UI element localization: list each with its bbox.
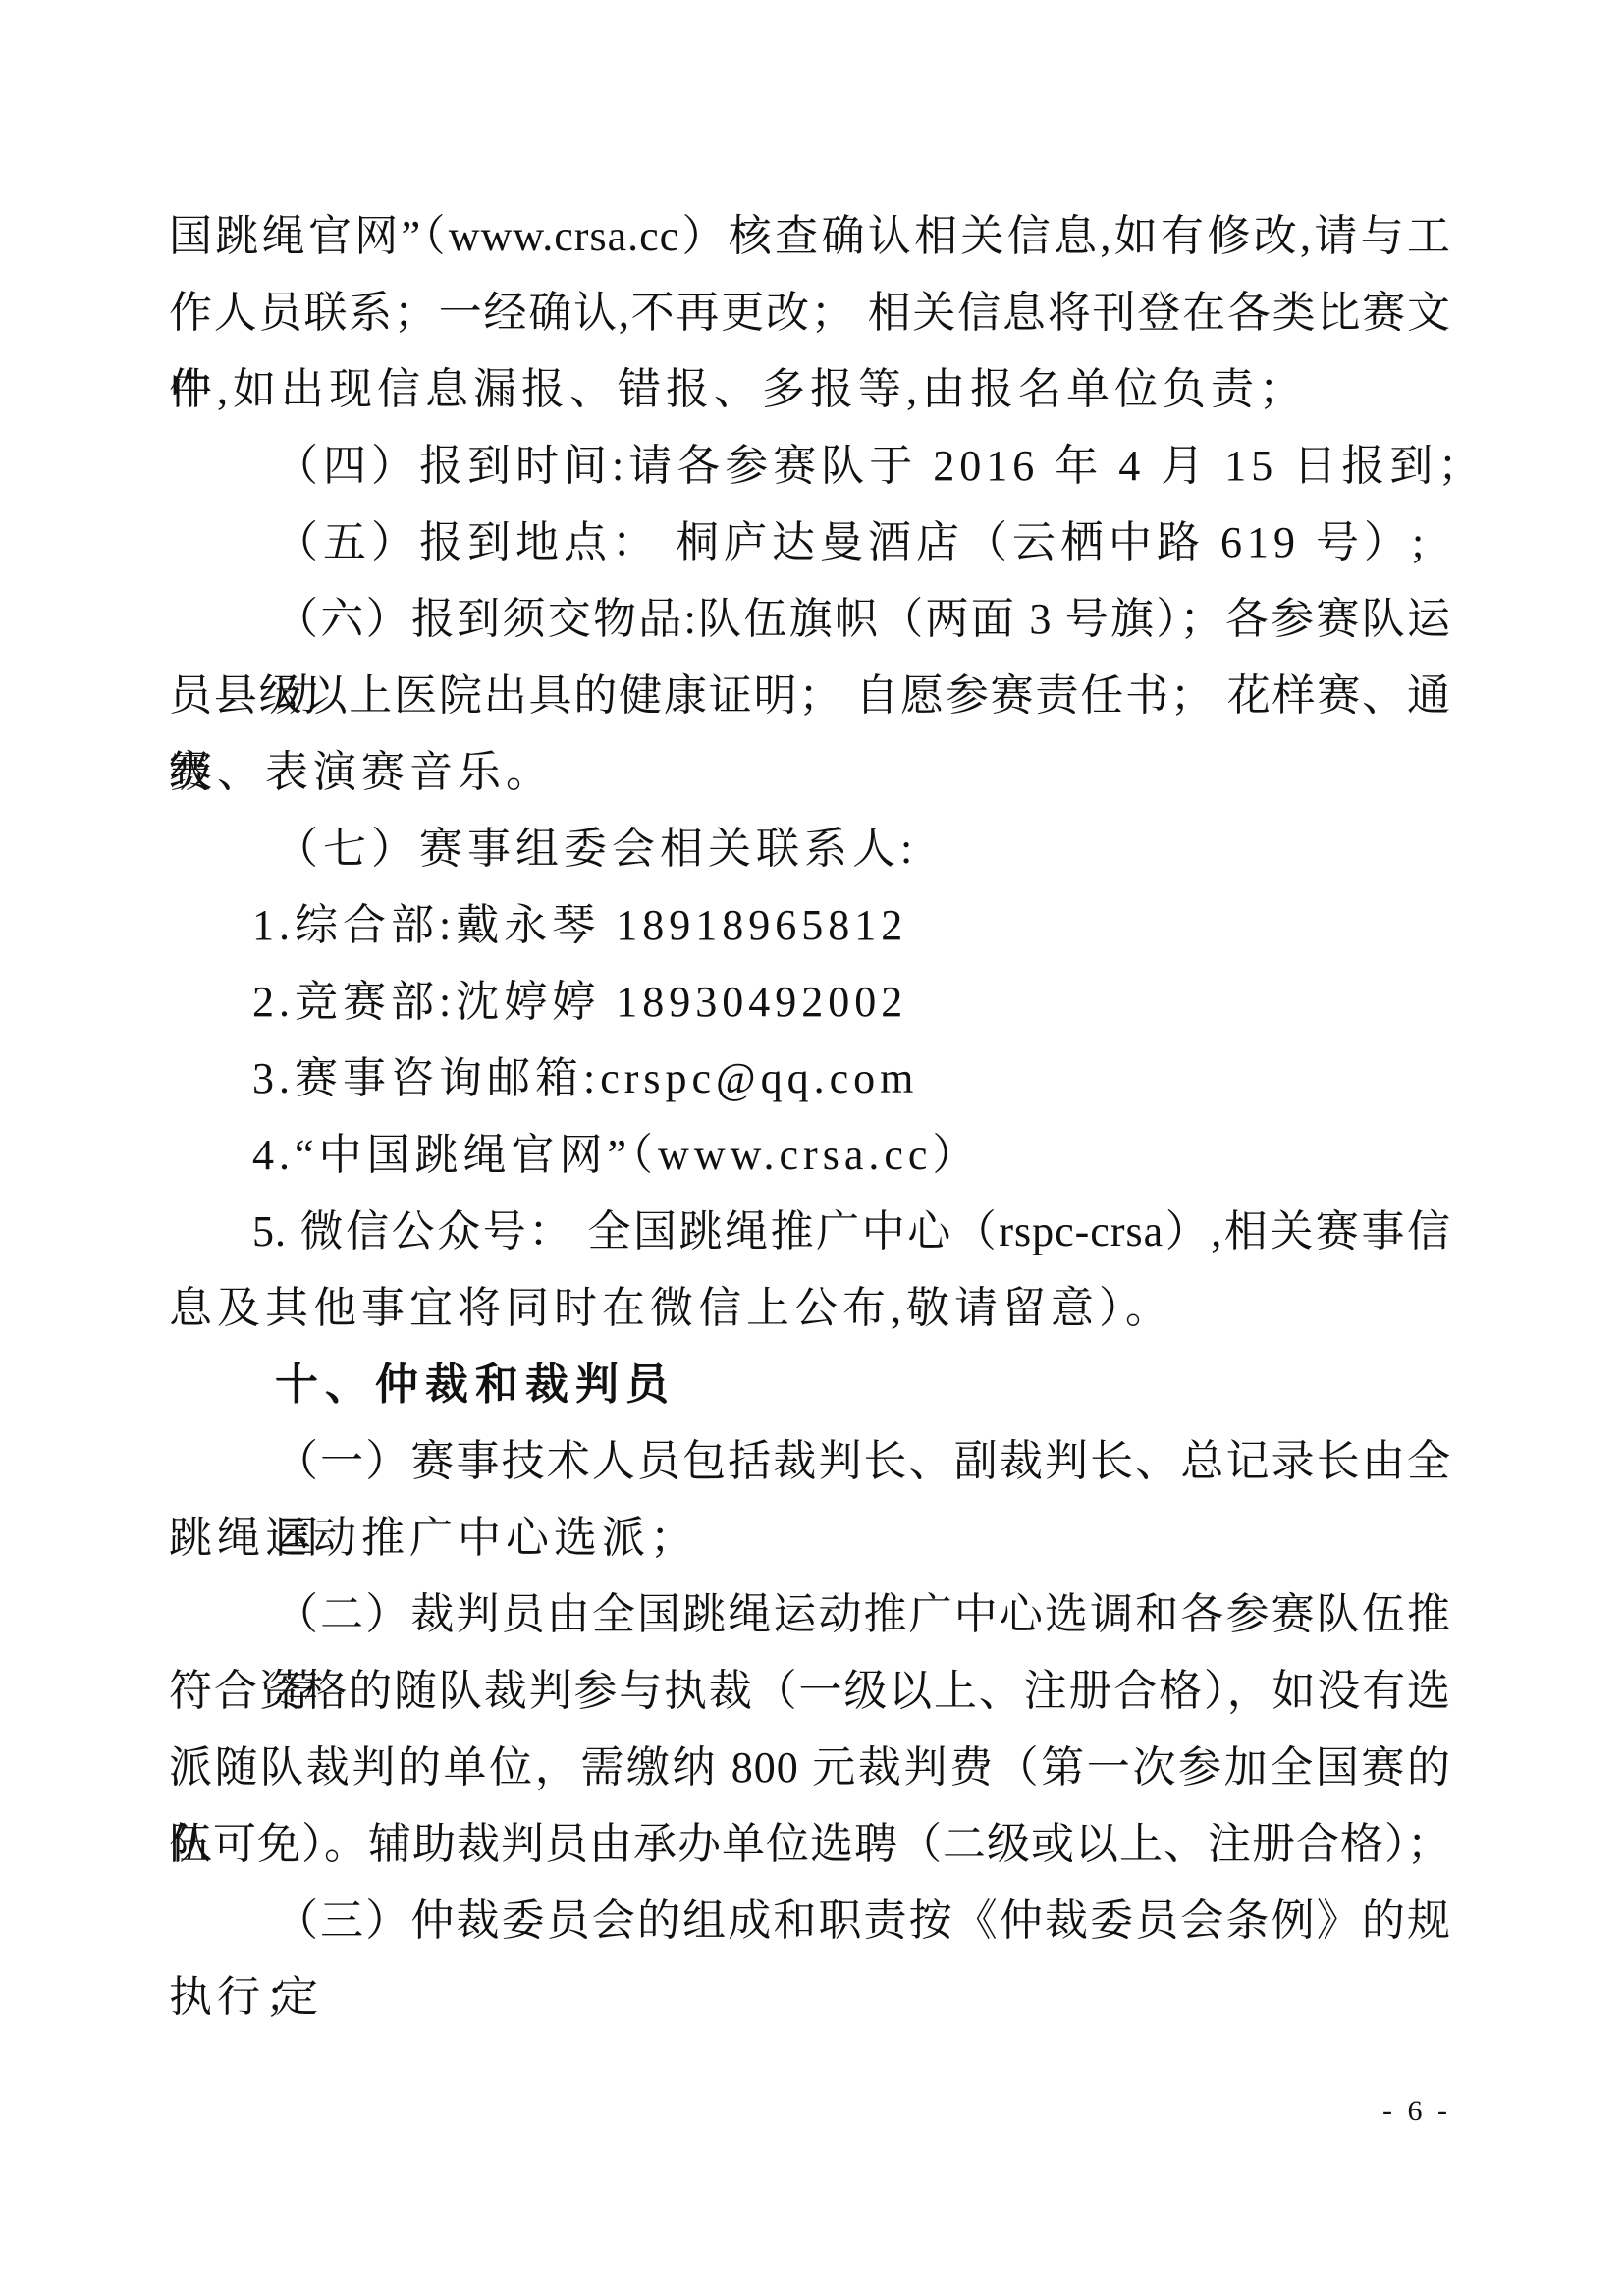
doc-line: 中,如出现信息漏报、错报、多报等,由报名单位负责； [169, 351, 1451, 428]
doc-line: 员县级以上医院出具的健康证明； 自愿参赛责任书； 花样赛、通级 [169, 658, 1451, 734]
doc-line: （一）赛事技术人员包括裁判长、副裁判长、总记录长由全国 [169, 1423, 1451, 1500]
doc-line: （七）赛事组委会相关联系人: [169, 811, 1451, 887]
section-heading-arbitration: 十、仲裁和裁判员 [169, 1347, 1451, 1423]
doc-line: 跳绳运动推广中心选派； [169, 1500, 1451, 1576]
contact-line-email: 3.赛事咨询邮箱:crspc@qq.com [169, 1041, 1451, 1117]
contact-line-website: 4.“中国跳绳官网”（www.crsa.cc） [169, 1117, 1451, 1194]
doc-line: 息及其他事宜将同时在微信上公布,敬请留意）。 [169, 1270, 1451, 1347]
doc-line: （六）报到须交物品:队伍旗帜（两面 3 号旗）；各参赛队运动 [169, 581, 1451, 658]
doc-line: （四）报到时间:请各参赛队于 2016 年 4 月 15 日报到； [169, 428, 1451, 505]
doc-line: 伍可免）。辅助裁判员由承办单位选聘（二级或以上、注册合格）； [169, 1806, 1451, 1883]
doc-line: 符合资格的随队裁判参与执裁（一级以上、注册合格），如没有选 [169, 1653, 1451, 1730]
document-body: 国跳绳官网”（www.crsa.cc）核查确认相关信息,如有修改,请与工 作人员… [169, 198, 1451, 2036]
contact-line-general-dept: 1.综合部:戴永琴 18918965812 [169, 887, 1451, 964]
contact-line-competition-dept: 2.竞赛部:沈婷婷 18930492002 [169, 964, 1451, 1041]
document-page: 国跳绳官网”（www.crsa.cc）核查确认相关信息,如有修改,请与工 作人员… [0, 0, 1624, 2296]
doc-line: 作人员联系；一经确认,不再更改； 相关信息将刊登在各类比赛文件 [169, 275, 1451, 351]
page-number: - 6 - [1382, 2095, 1451, 2128]
doc-line: 派随队裁判的单位，需缴纳 800 元裁判费（第一次参加全国赛的队 [169, 1730, 1451, 1806]
contact-line-wechat: 5. 微信公众号： 全国跳绳推广中心（rspc-crsa）,相关赛事信 [169, 1194, 1451, 1270]
doc-line: 赛、表演赛音乐。 [169, 734, 1451, 811]
doc-line: （三）仲裁委员会的组成和职责按《仲裁委员会条例》的规定 [169, 1883, 1451, 1959]
doc-line: 执行； [169, 1959, 1451, 2036]
doc-line: （五）报到地点： 桐庐达曼酒店（云栖中路 619 号）; [169, 505, 1451, 581]
doc-line: 国跳绳官网”（www.crsa.cc）核查确认相关信息,如有修改,请与工 [169, 198, 1451, 275]
doc-line: （二）裁判员由全国跳绳运动推广中心选调和各参赛队伍推荐 [169, 1576, 1451, 1653]
